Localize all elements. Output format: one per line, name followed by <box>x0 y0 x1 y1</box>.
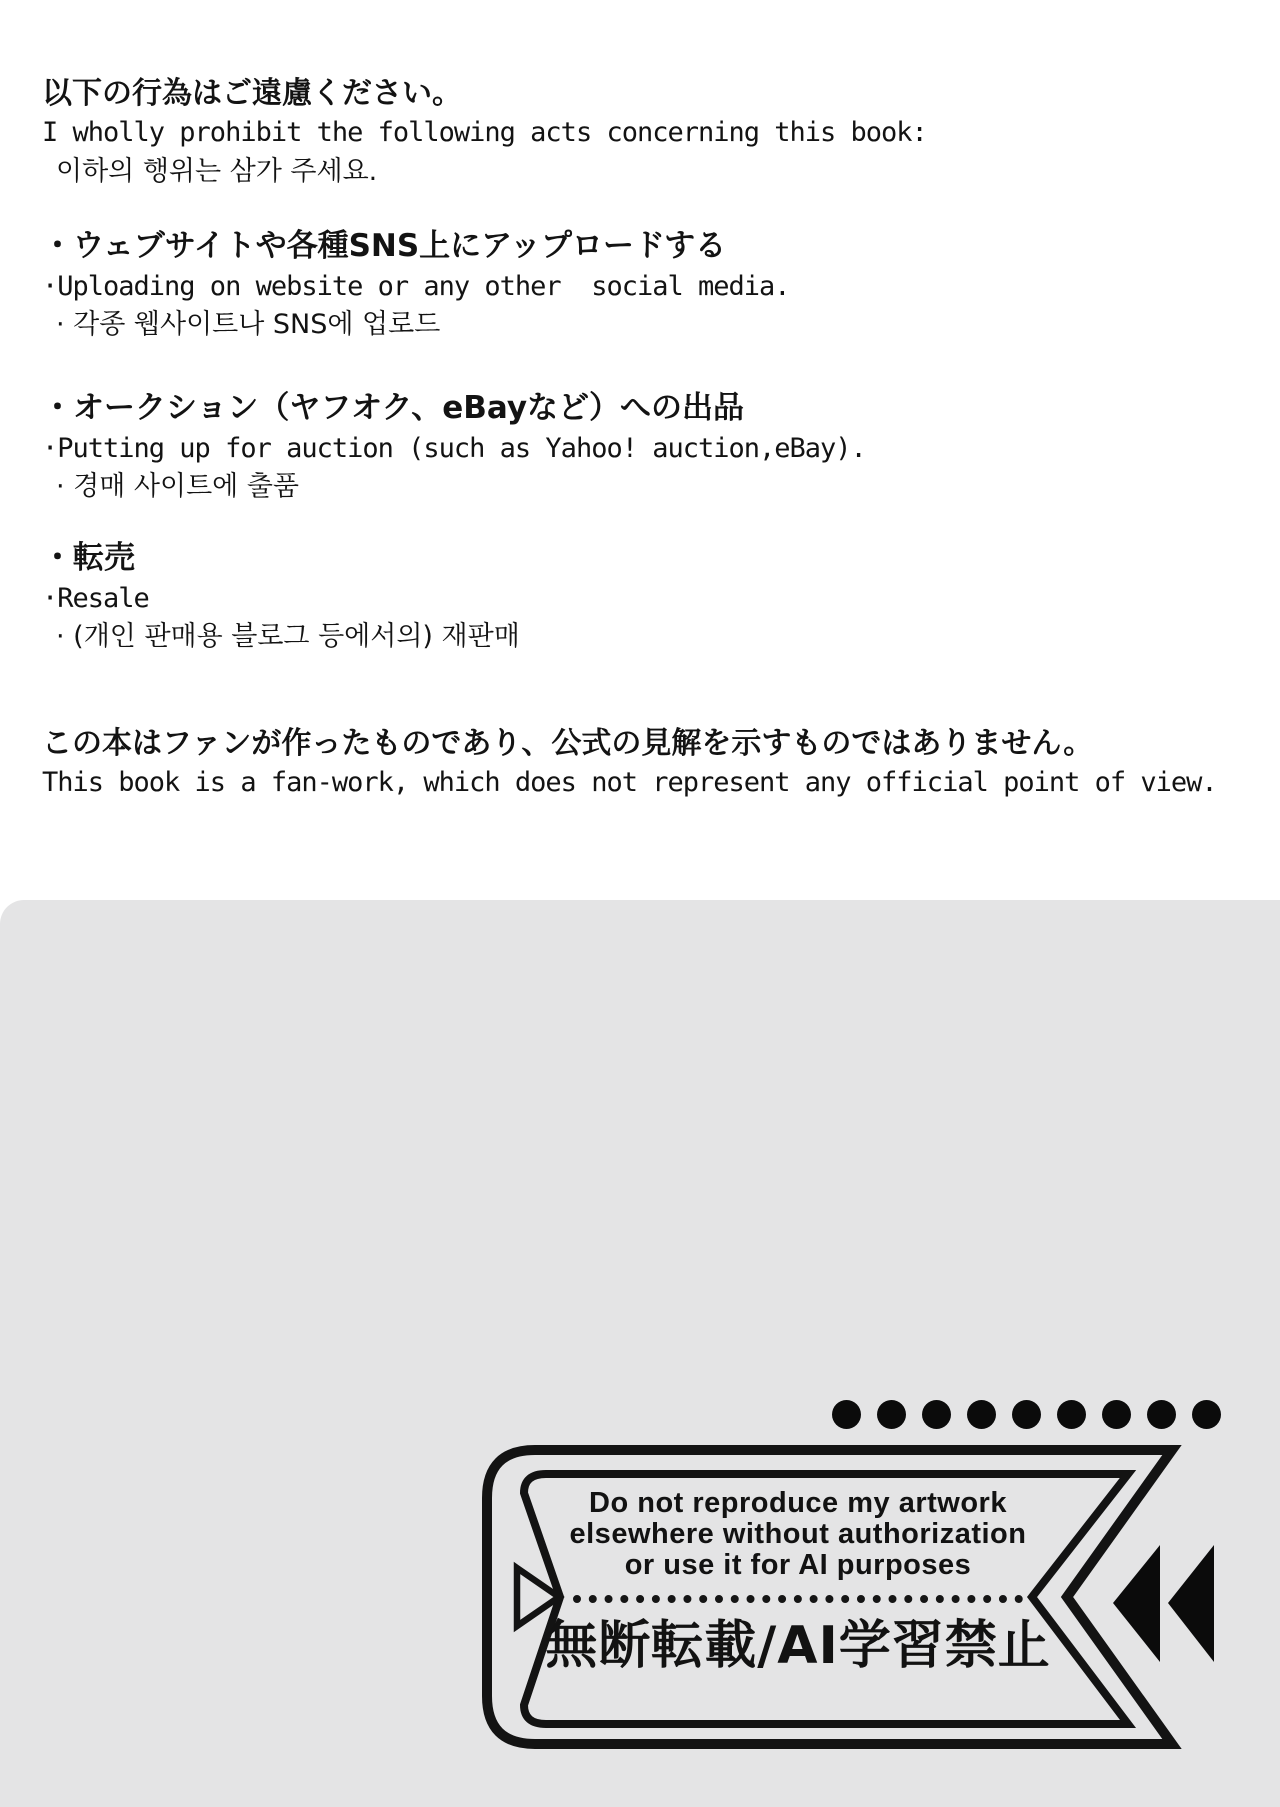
notice-item-auction: ・オークション（ヤフオク、eBayなど）への出品 ·Putting up for… <box>42 386 866 506</box>
item-kr: · 각종 웹사이트나 SNS에 업로드 <box>42 306 790 344</box>
dot <box>832 1400 861 1429</box>
dot <box>922 1400 951 1429</box>
stamp-line-2: elsewhere without authorization <box>498 1519 1098 1550</box>
dot <box>1102 1400 1131 1429</box>
stamp-text: Do not reproduce my artwork elsewhere wi… <box>498 1488 1098 1677</box>
item-kr: · (개인 판매용 블로그 등에서의) 재판매 <box>42 618 520 656</box>
page: { "colors": { "page_bg": "#ffffff", "pan… <box>0 0 1280 1807</box>
item-jp: ・オークション（ヤフオク、eBayなど）への出品 <box>42 386 866 430</box>
item-en: ·Putting up for auction (such as Yahoo! … <box>42 430 866 468</box>
dot <box>1012 1400 1041 1429</box>
intro-en: I wholly prohibit the following acts con… <box>42 114 927 152</box>
stamp-line-3: or use it for AI purposes <box>498 1550 1098 1581</box>
dot <box>1147 1400 1176 1429</box>
dot <box>1057 1400 1086 1429</box>
dot <box>967 1400 996 1429</box>
rewind-triangles-icon <box>1168 1545 1214 1662</box>
dot <box>1192 1400 1221 1429</box>
notice-footer: この本はファンが作ったものであり、公式の見解を示すものではありません。 This… <box>42 724 1217 802</box>
item-jp: ・転売 <box>42 536 520 580</box>
rewind-triangles-icon <box>1113 1545 1160 1662</box>
item-en: ·Uploading on website or any other socia… <box>42 268 790 306</box>
stamp-line-1: Do not reproduce my artwork <box>498 1488 1098 1519</box>
footer-jp: この本はファンが作ったものであり、公式の見解を示すものではありません。 <box>42 724 1217 764</box>
item-en: ·Resale <box>42 580 520 618</box>
item-jp: ・ウェブサイトや各種SNS上にアップロードする <box>42 224 790 268</box>
notice-item-resale: ・転売 ·Resale · (개인 판매용 블로그 등에서의) 재판매 <box>42 536 520 656</box>
stamp-jp-line: 無断転載/AI学習禁止 <box>498 1615 1098 1677</box>
intro-kr: 이하의 행위는 삼가 주세요. <box>42 152 927 192</box>
item-kr: · 경매 사이트에 출품 <box>42 468 866 506</box>
footer-en: This book is a fan-work, which does not … <box>42 764 1217 802</box>
dots-row <box>832 1400 1221 1429</box>
dotted-separator <box>573 1595 1023 1603</box>
notice-item-upload: ・ウェブサイトや各種SNS上にアップロードする ·Uploading on we… <box>42 224 790 344</box>
intro-jp: 以下の行為はご遠慮ください。 <box>42 74 927 114</box>
dot <box>877 1400 906 1429</box>
notice-intro: 以下の行為はご遠慮ください。 I wholly prohibit the fol… <box>42 74 927 192</box>
